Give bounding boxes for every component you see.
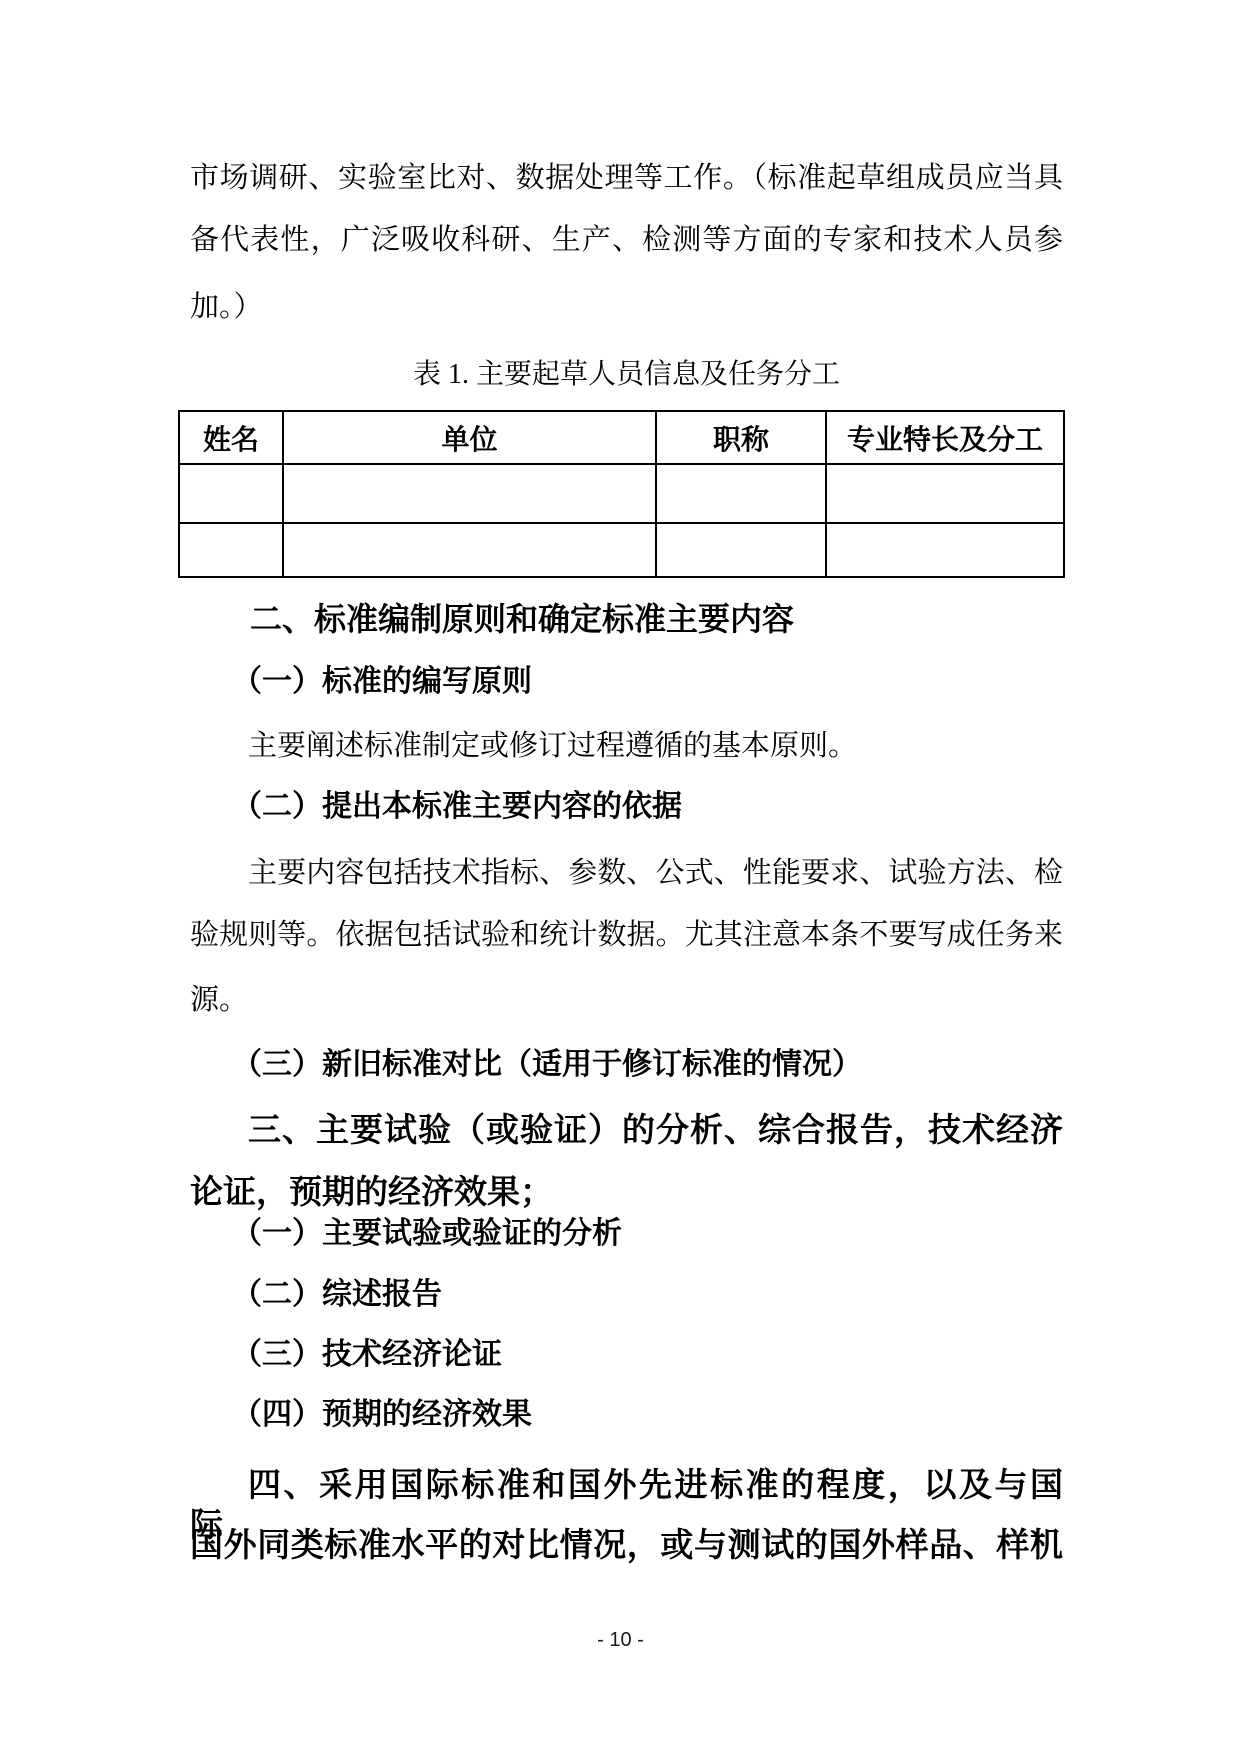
- section-2-heading: 二、标准编制原则和确定标准主要内容: [250, 600, 794, 638]
- table-cell: [179, 523, 283, 577]
- table-cell: [283, 464, 656, 523]
- section-3-item-2: （二）综述报告: [232, 1277, 442, 1313]
- table-header-specialty: 专业特长及分工: [826, 411, 1064, 464]
- table-header-name: 姓名: [179, 411, 283, 464]
- intro-paragraph-line-2: 备代表性，广泛吸收科研、生产、检测等方面的专家和技术人员参: [190, 222, 1063, 258]
- section-2-sub-1-body: 主要阐述标准制定或修订过程遵循的基本原则。: [190, 728, 1063, 764]
- intro-paragraph-line-3: 加。）: [190, 289, 1063, 325]
- section-2-sub-2-heading: （二）提出本标准主要内容的依据: [232, 789, 682, 825]
- document-page: { "document": { "intro_paragraph": { "li…: [0, 0, 1241, 1754]
- table-cell: [656, 464, 826, 523]
- table-cell: [179, 464, 283, 523]
- table-cell: [826, 464, 1064, 523]
- section-3-item-4: （四）预期的经济效果: [232, 1397, 532, 1433]
- section-2-sub-2-body-line-3: 源。: [190, 982, 1063, 1018]
- table-header-row: 姓名 单位 职称 专业特长及分工: [179, 411, 1064, 464]
- table-cell: [283, 523, 656, 577]
- section-3-item-1: （一）主要试验或验证的分析: [232, 1216, 622, 1252]
- drafters-table: 姓名 单位 职称 专业特长及分工: [178, 410, 1065, 578]
- table1-caption: 表 1. 主要起草人员信息及任务分工: [190, 358, 1063, 392]
- section-3-heading-line-2: 论证，预期的经济效果；: [190, 1172, 553, 1212]
- section-2-sub-2-body-line-2: 验规则等。依据包括试验和统计数据。尤其注意本条不要写成任务来: [190, 917, 1063, 953]
- section-4-heading-line-2: 国外同类标准水平的对比情况，或与测试的国外样品、样机: [190, 1525, 1063, 1565]
- intro-paragraph-line-1: 市场调研、实验室比对、数据处理等工作。（标准起草组成员应当具: [190, 160, 1063, 196]
- section-2-sub-1-heading: （一）标准的编写原则: [232, 664, 532, 700]
- table-cell: [826, 523, 1064, 577]
- table-header-title: 职称: [656, 411, 826, 464]
- section-2-sub-3-heading: （三）新旧标准对比（适用于修订标准的情况）: [232, 1047, 862, 1083]
- table-cell: [656, 523, 826, 577]
- table-row: [179, 523, 1064, 577]
- table-header-organization: 单位: [283, 411, 656, 464]
- section-2-sub-2-body-line-1: 主要内容包括技术指标、参数、公式、性能要求、试验方法、检: [190, 855, 1063, 891]
- page-number: - 10 -: [0, 1628, 1241, 1652]
- table-row: [179, 464, 1064, 523]
- section-3-heading-line-1: 三、主要试验（或验证）的分析、综合报告，技术经济: [190, 1110, 1063, 1150]
- section-3-item-3: （三）技术经济论证: [232, 1337, 502, 1373]
